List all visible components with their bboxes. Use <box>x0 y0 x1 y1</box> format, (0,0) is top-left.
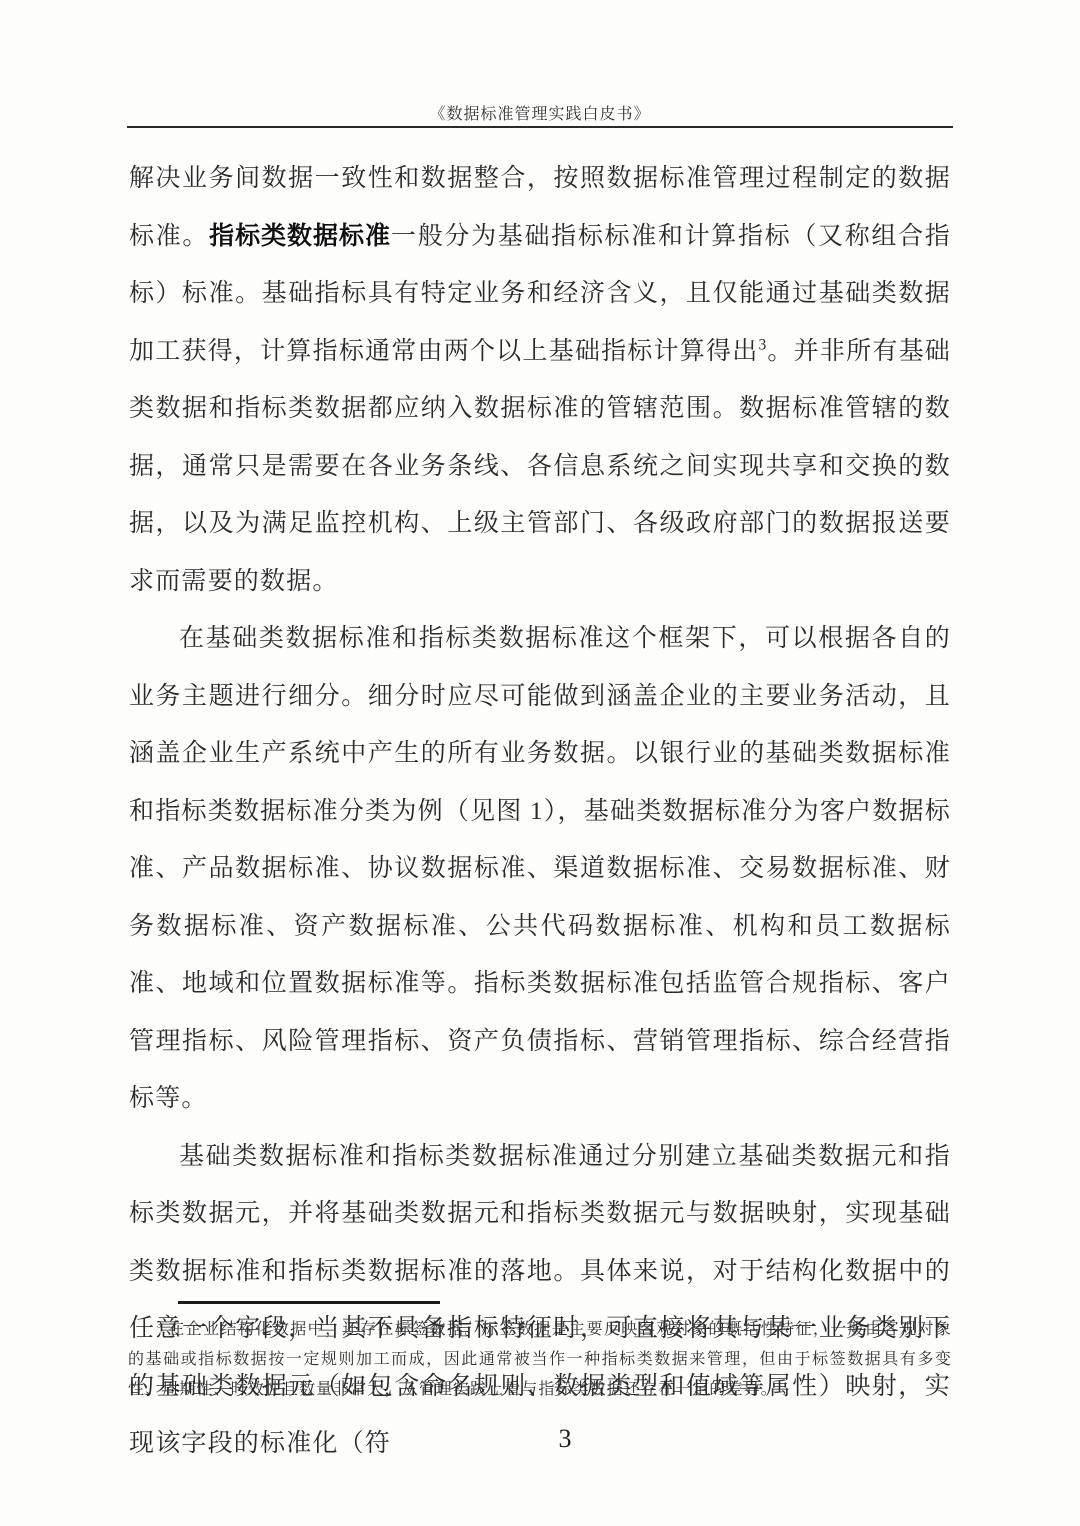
footnote-marker: 3 <box>157 1320 163 1331</box>
running-header-title: 《数据标准管理实践白皮书》 <box>0 101 1080 124</box>
document-page: 《数据标准管理实践白皮书》 解决业务间数据一致性和数据整合，按照数据标准管理过程… <box>0 0 1080 1526</box>
paragraph: 解决业务间数据一致性和数据整合，按照数据标准管理过程制定的数据标准。指标类数据标… <box>129 150 951 610</box>
text-run: 。并非所有基础类数据和指标类数据都应纳入数据标准的管辖范围。数据标准管辖的数据，… <box>129 338 951 595</box>
page-number: 3 <box>25 1424 1080 1454</box>
paragraph: 基础类数据标准和指标类数据标准通过分别建立基础类数据元和指标类数据元，并将基础类… <box>129 1128 951 1473</box>
body-text: 解决业务间数据一致性和数据整合，按照数据标准管理过程制定的数据标准。指标类数据标… <box>129 150 951 1473</box>
footnote-separator <box>178 1301 440 1304</box>
footnote-text: 在企业结构化数据中，还存在标签数据。标签数据是主要反映客观对象的概括性特征，一般… <box>128 1321 952 1398</box>
text-run: 基础类数据标准和指标类数据标准通过分别建立基础类数据元和指标类数据元，并将基础类… <box>129 1143 951 1458</box>
footnote: 3 在企业结构化数据中，还存在标签数据。标签数据是主要反映客观对象的概括性特征，… <box>128 1315 952 1405</box>
text-run: 在基础类数据标准和指标类数据标准这个框架下，可以根据各自的业务主题进行细分。细分… <box>129 625 951 1112</box>
header-rule <box>127 126 953 128</box>
bold-term: 指标类数据标准 <box>209 222 391 250</box>
paragraph: 在基础类数据标准和指标类数据标准这个框架下，可以根据各自的业务主题进行细分。细分… <box>129 610 951 1128</box>
